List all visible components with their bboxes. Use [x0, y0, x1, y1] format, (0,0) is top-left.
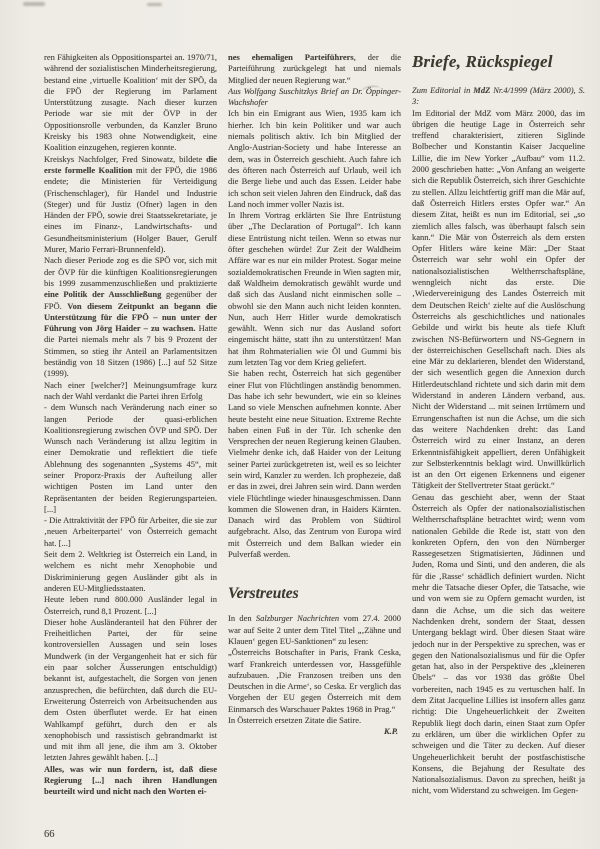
paragraph-bold: Alles, was wir nun fordern, ist, daß die… — [44, 764, 217, 798]
paragraph: nes ehemaligen Parteiführers, der die Pa… — [228, 52, 401, 86]
scan-artifact — [23, 2, 45, 6]
text-run-bold: Von diesem Zeitpunkt an begann die Unter… — [44, 301, 217, 334]
section-heading-verstreutes: Verstreutes — [228, 585, 401, 602]
author-initials: K.P. — [228, 726, 401, 737]
text-run: In den — [228, 613, 256, 623]
text-run-bold: nes ehemaligen Parteiführers — [228, 52, 354, 62]
scan-artifact — [147, 3, 162, 6]
text-run-italic: Salzburger Nachrichten — [256, 613, 339, 623]
text-run-bold: eine Politik der Ausschließung — [44, 289, 161, 299]
editorial-reference: Zum Editorial in MdZ Nr.4/1999 (März 200… — [412, 85, 585, 108]
paragraph: ren Fähigkeiten als Oppositionspartei an… — [44, 52, 217, 154]
article-heading: Briefe, Rückspiegel — [412, 52, 585, 71]
paragraph: In den Salzburger Nachrichten vom 27.4. … — [228, 613, 401, 647]
page-number: 66 — [44, 829, 55, 840]
letter-attribution: Aus Wolfgang Suschitzkys Brief an Dr. Öp… — [228, 86, 401, 109]
middle-column: nes ehemaligen Parteiführers, der die Pa… — [228, 52, 401, 816]
text-run: Zum Editorial in — [412, 85, 473, 95]
paragraph: In Österreich ersetzen Zitate die Satire… — [228, 715, 401, 726]
magazine-page: ren Fähigkeiten als Oppositionspartei an… — [0, 0, 600, 849]
paragraph: Dieser hohe Ausländeranteil hat den Führ… — [44, 617, 217, 764]
paragraph: Seit dem 2. Weltkrieg ist Österreich ein… — [44, 549, 217, 594]
text-run: Nach dieser Periode zog es die SPÖ vor, … — [44, 255, 217, 288]
text-run: mit der FPÖ, die 1986 endete; die Minist… — [44, 165, 217, 254]
paragraph: Genau das geschieht aber, wenn der Staat… — [412, 492, 585, 797]
left-column: ren Fähigkeiten als Oppositionspartei an… — [44, 52, 217, 816]
paragraph: Nach einer [welcher?] Meinungsumfrage ku… — [44, 380, 217, 403]
paragraph: Sie haben recht, Österreich hat sich geg… — [228, 368, 401, 560]
paragraph: Heute leben rund 800.000 Ausländer legal… — [44, 594, 217, 617]
text-run-bold-italic: MdZ — [473, 85, 490, 95]
paragraph: - Die Attraktivität der FPÖ für Arbeiter… — [44, 515, 217, 549]
paragraph: „Österreichs Botschafter in Paris, Frank… — [228, 647, 401, 715]
paragraph: - dem Wunsch nach Veränderung nach einer… — [44, 402, 217, 515]
text-run: Kreiskys Nachfolger, Fred Sinowatz, bild… — [44, 154, 206, 164]
paragraph: Im Editorial der MdZ vom März 2000, das … — [412, 108, 585, 492]
paragraph: Kreiskys Nachfolger, Fred Sinowatz, bild… — [44, 154, 217, 256]
paragraph: In Ihrem Vortrag erklärten Sie Ihre Entr… — [228, 210, 401, 368]
paragraph: Nach dieser Periode zog es die SPÖ vor, … — [44, 255, 217, 379]
right-column: Briefe, Rückspiegel Zum Editorial in MdZ… — [412, 52, 585, 816]
paragraph: Ich bin ein Emigrant aus Wien, 1935 kam … — [228, 108, 401, 210]
text-columns: ren Fähigkeiten als Oppositionspartei an… — [44, 52, 585, 816]
